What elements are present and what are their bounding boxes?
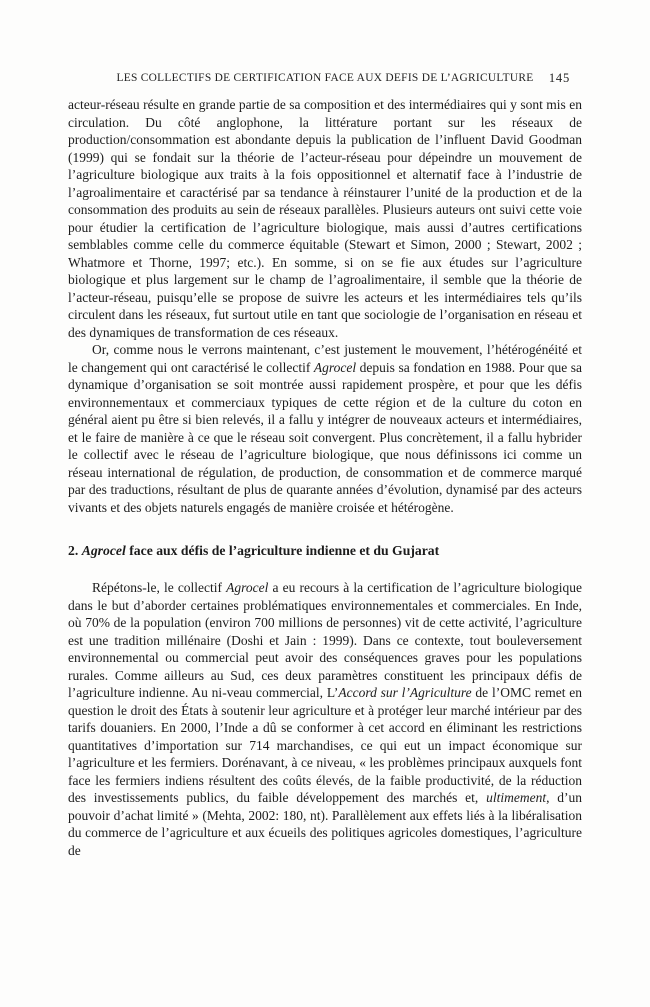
section-heading: 2. Agrocel face aux défis de l’agricultu… [68,542,582,559]
text-span: acteur-réseau résulte en grande partie d… [68,97,582,340]
italic-text-span: Agrocel [82,543,126,558]
body-text: acteur-réseau résulte en grande partie d… [68,96,582,859]
italic-text-span: Agrocel [226,580,268,595]
italic-text-span: Agrocel [314,360,356,375]
paragraph: Répétons-le, le collectif Agrocel a eu r… [68,579,582,859]
scanned-book-page: LES COLLECTIFS DE CERTIFICATION FACE AUX… [0,0,650,1007]
running-header: LES COLLECTIFS DE CERTIFICATION FACE AUX… [68,72,582,86]
paragraph: Or, comme nous le verrons maintenant, c’… [68,341,582,516]
text-span: face aux défis de l’agriculture indienne… [126,543,439,558]
text-span: a eu recours à la certification de l’agr… [68,580,582,700]
italic-text-span: Accord sur l’Agriculture [338,685,471,700]
text-span: depuis sa fondation en 1988. Pour que sa… [68,360,582,515]
paragraph-continuation: acteur-réseau résulte en grande partie d… [68,96,582,341]
page-number: 145 [549,71,570,86]
text-block: LES COLLECTIFS DE CERTIFICATION FACE AUX… [68,72,582,859]
italic-text-span: ultimement [486,790,546,805]
running-title: LES COLLECTIFS DE CERTIFICATION FACE AUX… [116,72,533,84]
text-span: Répétons-le, le collectif [92,580,226,595]
text-span: 2. [68,543,82,558]
text-span: de l’OMC remet en question le droit des … [68,685,582,805]
